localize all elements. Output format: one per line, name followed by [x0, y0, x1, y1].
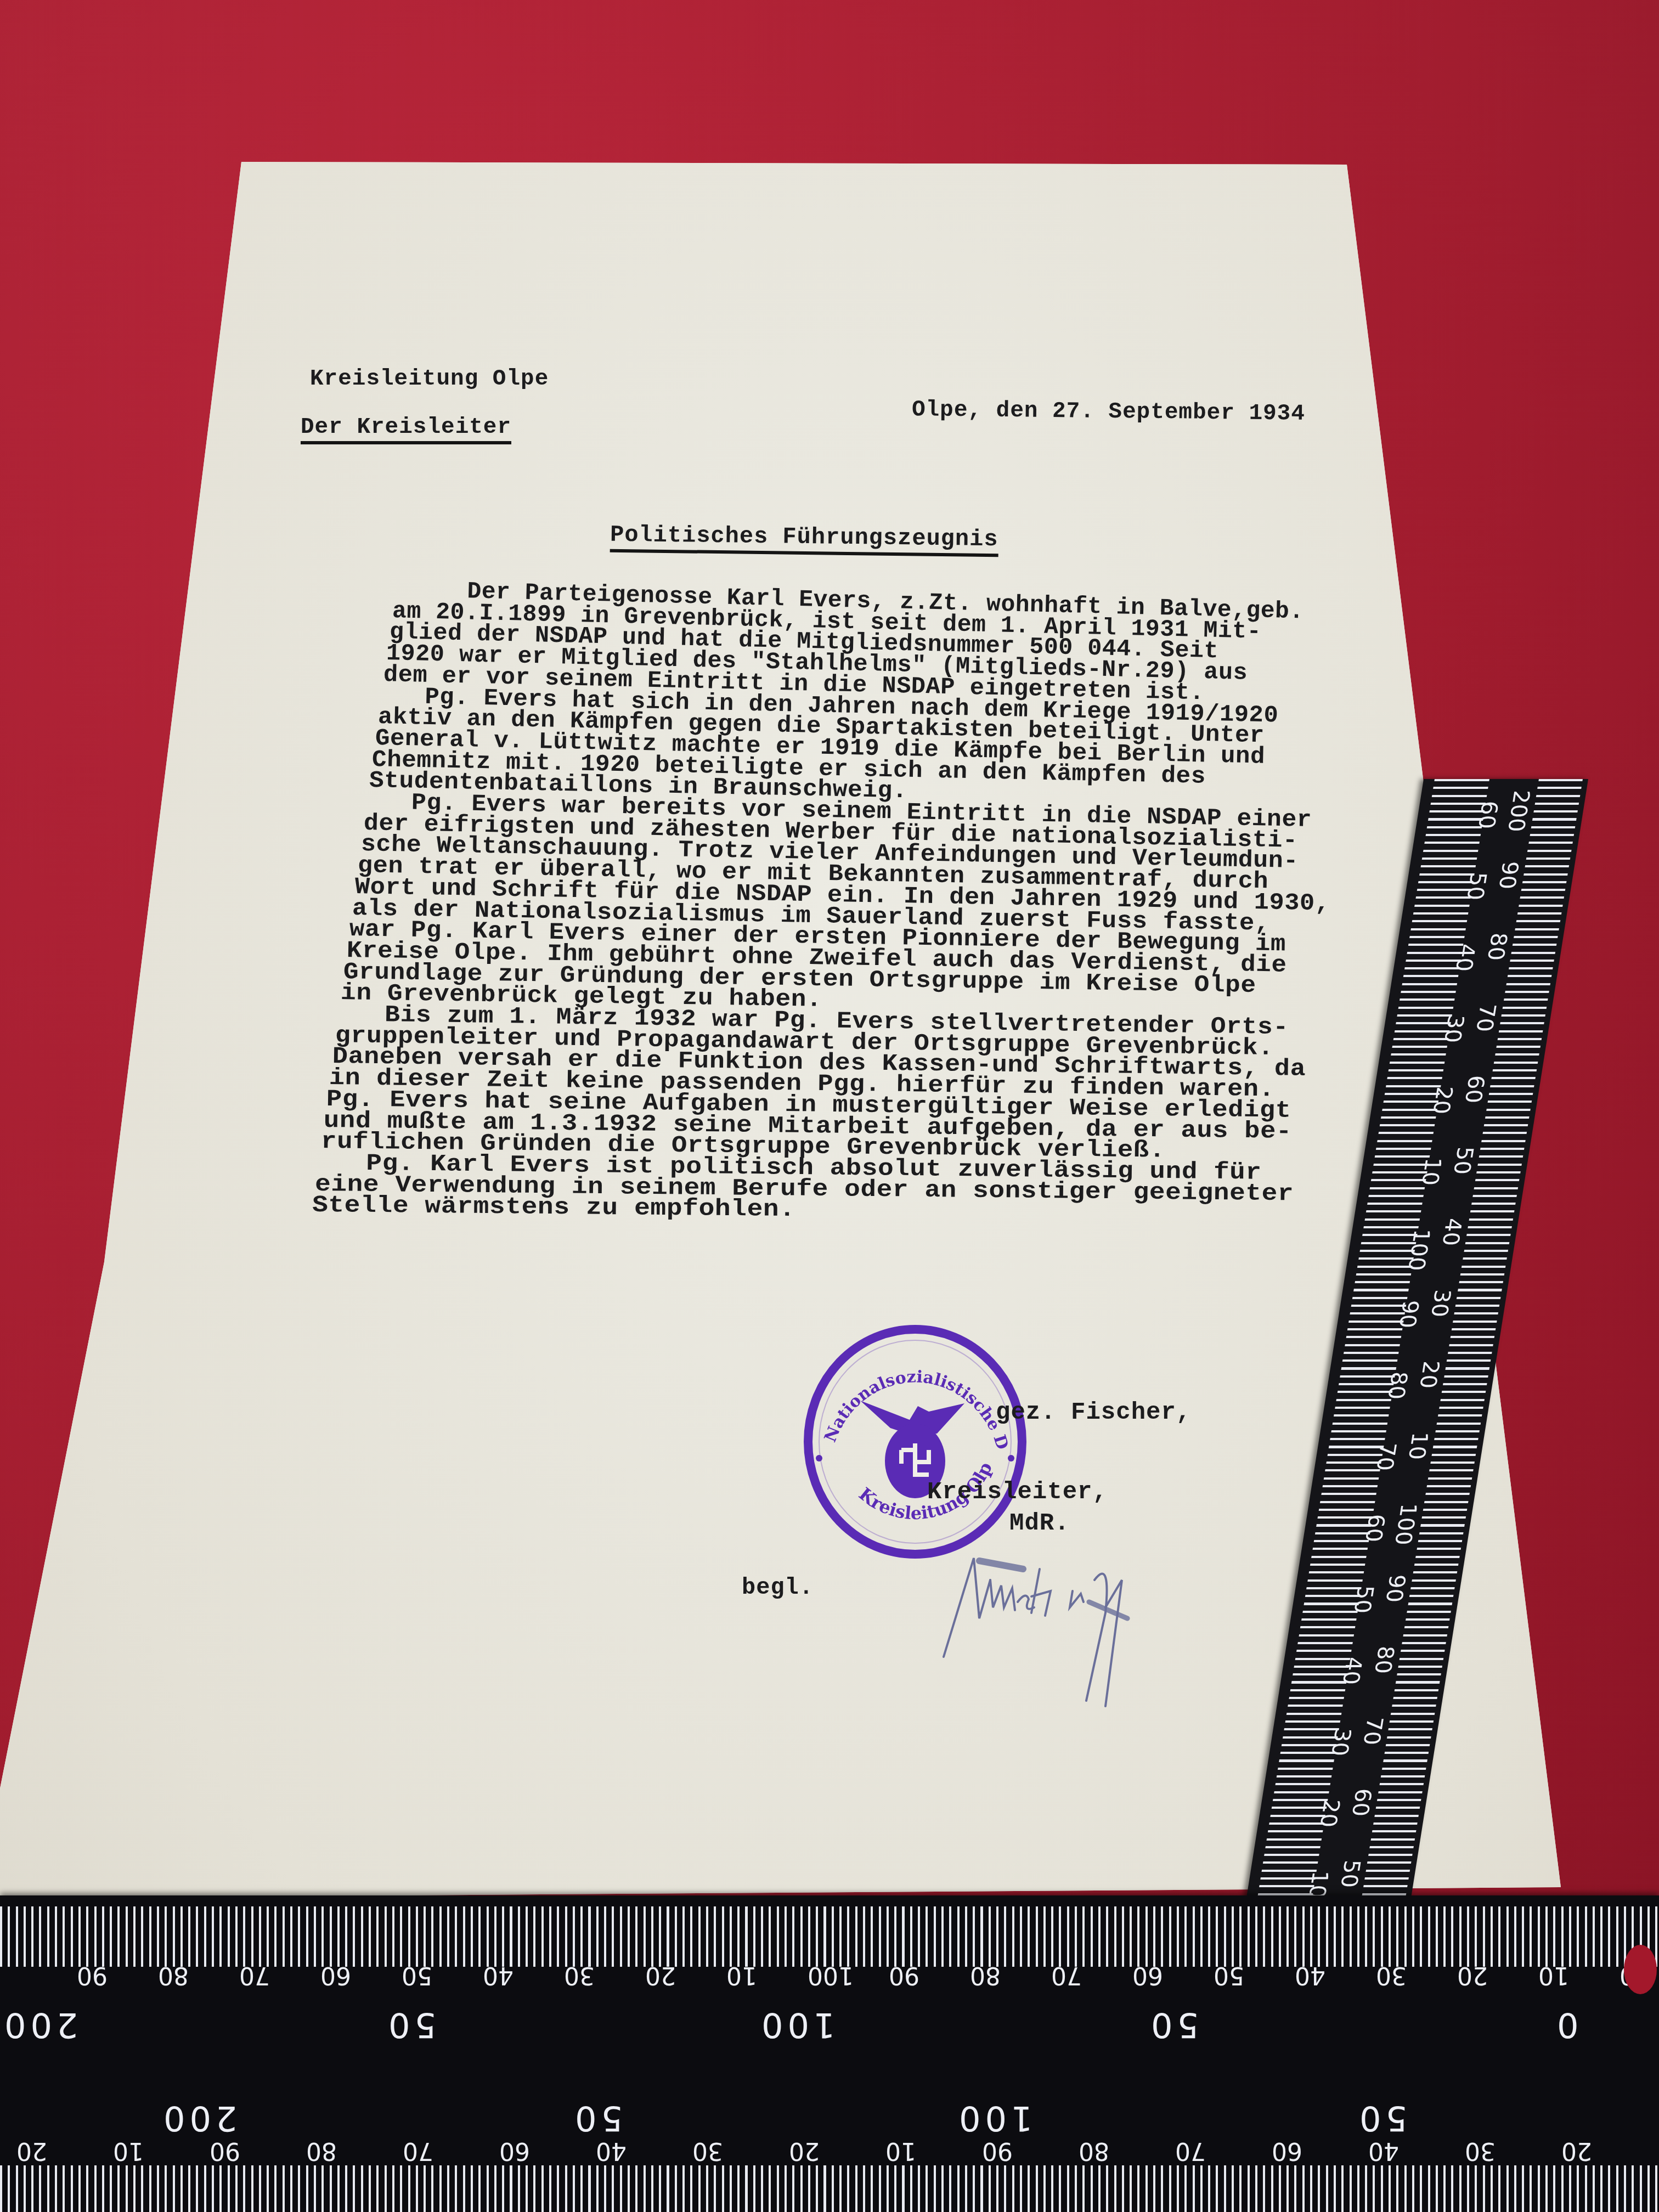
ruler-major-label: 200: [0, 2005, 78, 2045]
ruler-label: 10: [1403, 1432, 1432, 1460]
ruler-label: 60: [1459, 1075, 1489, 1103]
ruler-label: 50: [1335, 1860, 1365, 1888]
ruler-label: 70: [1471, 1004, 1500, 1032]
signature-suffix: MdR.: [1009, 1510, 1070, 1537]
ruler-label: 80: [1079, 2137, 1109, 2165]
ruler-label: 90: [1393, 1300, 1423, 1328]
ruler-label: 30: [1376, 1961, 1407, 1989]
ruler-label: 40: [483, 1961, 513, 1989]
ruler-label: 20: [16, 2137, 47, 2165]
ruler-label: 90: [1493, 861, 1523, 889]
ruler-major-label: 0: [1553, 2005, 1578, 2045]
ruler-label: 70: [1175, 2137, 1206, 2165]
ruler-label: 50: [1448, 1147, 1478, 1175]
ruler-major-label: 100: [757, 2005, 835, 2045]
ruler-major-label: 200: [159, 2098, 237, 2138]
ruler-label: 200: [1503, 790, 1534, 832]
ruler-ticks-bottom: [0, 2165, 1659, 2212]
ruler-label: 50: [1348, 1585, 1378, 1613]
ruler-label: 70: [1371, 1443, 1401, 1471]
document-title: Politisches Führungszeugnis: [610, 522, 998, 557]
ruler-label: 60: [320, 1961, 351, 1989]
ruler-label: 90: [77, 1961, 108, 1989]
ruler-label: 60: [1360, 1514, 1390, 1542]
letterhead-office: Kreisleitung Olpe: [310, 366, 549, 392]
ruler-label: 60: [499, 2137, 530, 2165]
ruler-label: 80: [970, 1961, 1001, 1989]
horizontal-ruler: 9080706050403020101009080706050403020100…: [0, 1895, 1659, 2212]
ruler-label: 10: [1538, 1961, 1569, 1989]
ruler-label: 80: [158, 1961, 189, 1989]
ruler-major-label: 50: [384, 2005, 436, 2045]
signature-title: Kreisleiter,: [927, 1479, 1108, 1506]
ruler-label: 20: [1427, 1086, 1457, 1114]
ruler-label: 90: [889, 1961, 919, 1989]
ruler-label: 20: [789, 2137, 820, 2165]
ruler-label: 10: [113, 2137, 144, 2165]
ruler-label: 90: [210, 2137, 240, 2165]
ruler-major-label: 50: [1355, 2098, 1407, 2138]
ruler-label: 60: [1473, 801, 1503, 829]
ruler-label: 100: [808, 1961, 854, 1989]
ruler-label: 50: [402, 1961, 432, 1989]
ruler-label: 100: [1390, 1503, 1421, 1545]
ruler-label: 20: [645, 1961, 676, 1989]
ruler-ticks-top: [0, 1906, 1659, 1967]
ruler-label: 10: [885, 2137, 916, 2165]
ruler-label: 70: [239, 1961, 270, 1989]
ruler-label: 80: [306, 2137, 337, 2165]
ruler-label: 30: [1426, 1289, 1455, 1317]
handwritten-signature: [941, 1547, 1193, 1712]
ruler-label: 10: [1304, 1871, 1333, 1899]
ruler-label: 20: [1561, 2137, 1592, 2165]
ruler-label: 40: [1338, 1657, 1367, 1685]
ruler-label: 20: [1457, 1961, 1488, 1989]
ruler-label: 40: [1450, 944, 1480, 972]
ruler-hang-hole: [1624, 1945, 1657, 1994]
ruler-label: 70: [1358, 1717, 1387, 1745]
certification-mark: begl.: [742, 1575, 814, 1601]
ruler-label: 30: [564, 1961, 595, 1989]
party-stamp: Nationalsozialistische Deutsche Arbeiter…: [800, 1324, 1030, 1560]
ruler-label: 20: [1414, 1361, 1444, 1389]
place-date: Olpe, den 27. September 1934: [912, 397, 1305, 427]
ruler-label: 80: [1369, 1646, 1399, 1674]
body-line: Stelle wärmstens zu empfohlen.: [312, 1192, 795, 1223]
ruler-label: 90: [1380, 1575, 1410, 1602]
letterhead-department: Der Kreisleiter: [301, 415, 511, 444]
ruler-label: 50: [1462, 872, 1491, 900]
ruler-label: 40: [1437, 1218, 1466, 1246]
ruler-label: 40: [1295, 1961, 1325, 1989]
ruler-label: 50: [1214, 1961, 1244, 1989]
ruler-label: 90: [982, 2137, 1013, 2165]
ruler-label: 40: [1368, 2137, 1399, 2165]
signature-name: gez. Fischer,: [996, 1399, 1191, 1426]
ruler-major-label: 50: [571, 2098, 623, 2138]
ruler-label: 20: [1314, 1799, 1344, 1827]
ruler-label: 10: [1417, 1158, 1446, 1186]
ruler-label: 40: [596, 2137, 627, 2165]
ruler-label: 30: [692, 2137, 723, 2165]
ruler-label: 80: [1482, 933, 1512, 961]
ruler-label: 30: [1326, 1728, 1356, 1756]
ruler-label: 70: [1051, 1961, 1082, 1989]
ruler-label: 60: [1272, 2137, 1302, 2165]
ruler-major-label: 100: [955, 2098, 1032, 2138]
ruler-label: 60: [1347, 1788, 1376, 1816]
ruler-label: 60: [1132, 1961, 1163, 1989]
ruler-label: 30: [1465, 2137, 1496, 2165]
ruler-label: 70: [403, 2137, 433, 2165]
ruler-label: 80: [1383, 1372, 1412, 1400]
ruler-label: 10: [726, 1961, 757, 1989]
ruler-major-label: 50: [1147, 2005, 1199, 2045]
ruler-label: 30: [1439, 1015, 1469, 1043]
